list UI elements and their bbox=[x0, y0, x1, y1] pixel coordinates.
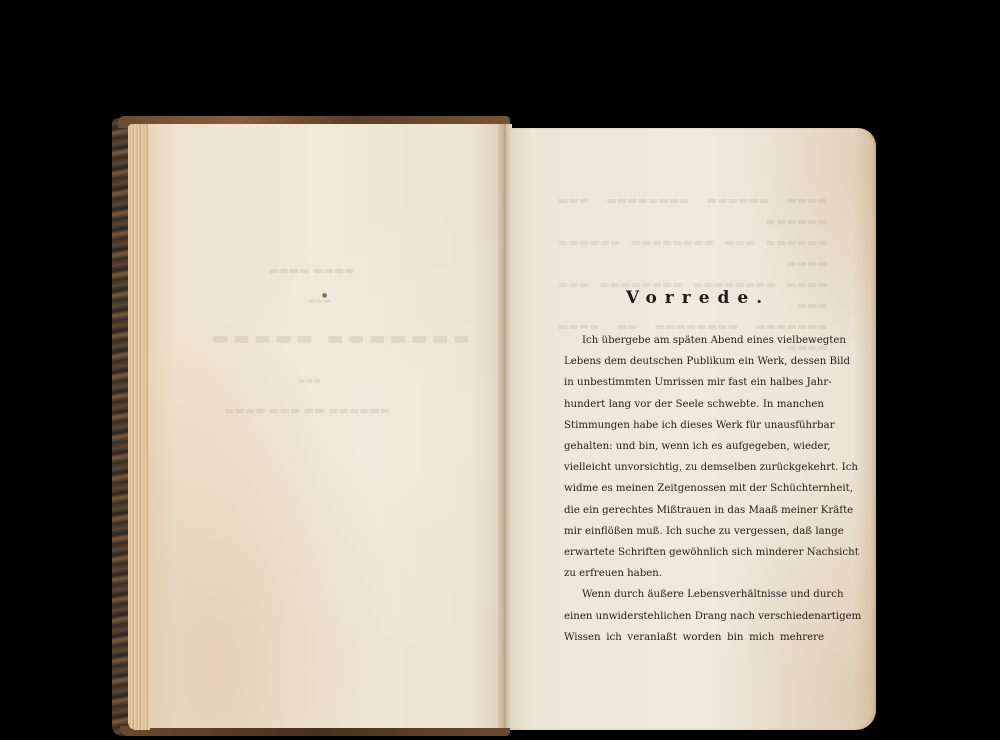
text-line: vielleicht unvorsichtig, zu demselben zu… bbox=[564, 457, 824, 478]
paragraph-1: Ich übergebe am späten Abend eines vielb… bbox=[564, 330, 824, 584]
bleed-through-text: ▬▬▬▬▬▬ ▬▬ ▬▬▬ ▬▬▬▬ bbox=[224, 404, 390, 417]
page-stack-edge bbox=[128, 124, 150, 730]
text-line: Wenn durch äußere Lebensverhältnisse und… bbox=[564, 584, 824, 605]
text-line: Ich übergebe am späten Abend eines vielb… bbox=[564, 330, 824, 351]
text-line: Stimmungen habe ich dieses Werk für unau… bbox=[564, 415, 824, 436]
text-line: hundert lang vor der Seele schwebte. In … bbox=[564, 394, 824, 415]
text-line: mir einflößen muß. Ich suche zu vergesse… bbox=[564, 521, 824, 542]
bleed-through-text: ▬▬▬▬ ▬▬▬▬ bbox=[268, 264, 355, 277]
text-line: Lebens dem deutschen Publikum ein Werk, … bbox=[564, 351, 824, 372]
text-line: gehalten: und bin, wenn ich es aufgegebe… bbox=[564, 436, 824, 457]
text-line: erwartete Schriften gewöhnlich sich mind… bbox=[564, 542, 824, 563]
text-line: widme es meinen Zeitgenossen mit der Sch… bbox=[564, 478, 824, 499]
preface-text-block: Vorrede. Ich übergebe am späten Abend ei… bbox=[564, 288, 824, 648]
text-line: in unbestimmten Umrissen mir fast ein ha… bbox=[564, 372, 824, 393]
bleed-through-text: ▬▬▬ bbox=[298, 376, 321, 385]
bleed-through-text: ▬▬▬ bbox=[308, 296, 331, 305]
left-page: ▬▬▬▬ ▬▬▬▬ ▬▬▬ ▬▬▬▬▬▬▬ ▬▬▬▬▬ ▬▬▬ ▬▬▬▬▬▬ ▬… bbox=[148, 124, 500, 728]
preface-heading: Vorrede. bbox=[564, 288, 824, 308]
right-page: ▬▬▬▬ ▬▬▬▬▬▬ ▬▬▬▬▬▬▬▬ ▬▬▬ ▬▬▬▬▬▬ ▬▬▬▬▬▬ ▬… bbox=[510, 128, 876, 730]
text-line: Wissen ich veranlaßt worden bin mich meh… bbox=[564, 627, 824, 648]
text-line: die ein gerechtes Mißtrauen in das Maaß … bbox=[564, 500, 824, 521]
text-line: zu erfreuen haben. bbox=[564, 563, 824, 584]
bleed-through-text: ▬▬▬▬▬▬▬ ▬▬▬▬▬ bbox=[208, 328, 470, 349]
paragraph-2: Wenn durch äußere Lebensverhältnisse und… bbox=[564, 584, 824, 648]
page-speck: ● bbox=[322, 292, 327, 299]
open-book: ▬▬▬▬ ▬▬▬▬ ▬▬▬ ▬▬▬▬▬▬▬ ▬▬▬▬▬ ▬▬▬ ▬▬▬▬▬▬ ▬… bbox=[0, 0, 1000, 740]
text-line: einen unwiderstehlichen Drang nach versc… bbox=[564, 606, 824, 627]
